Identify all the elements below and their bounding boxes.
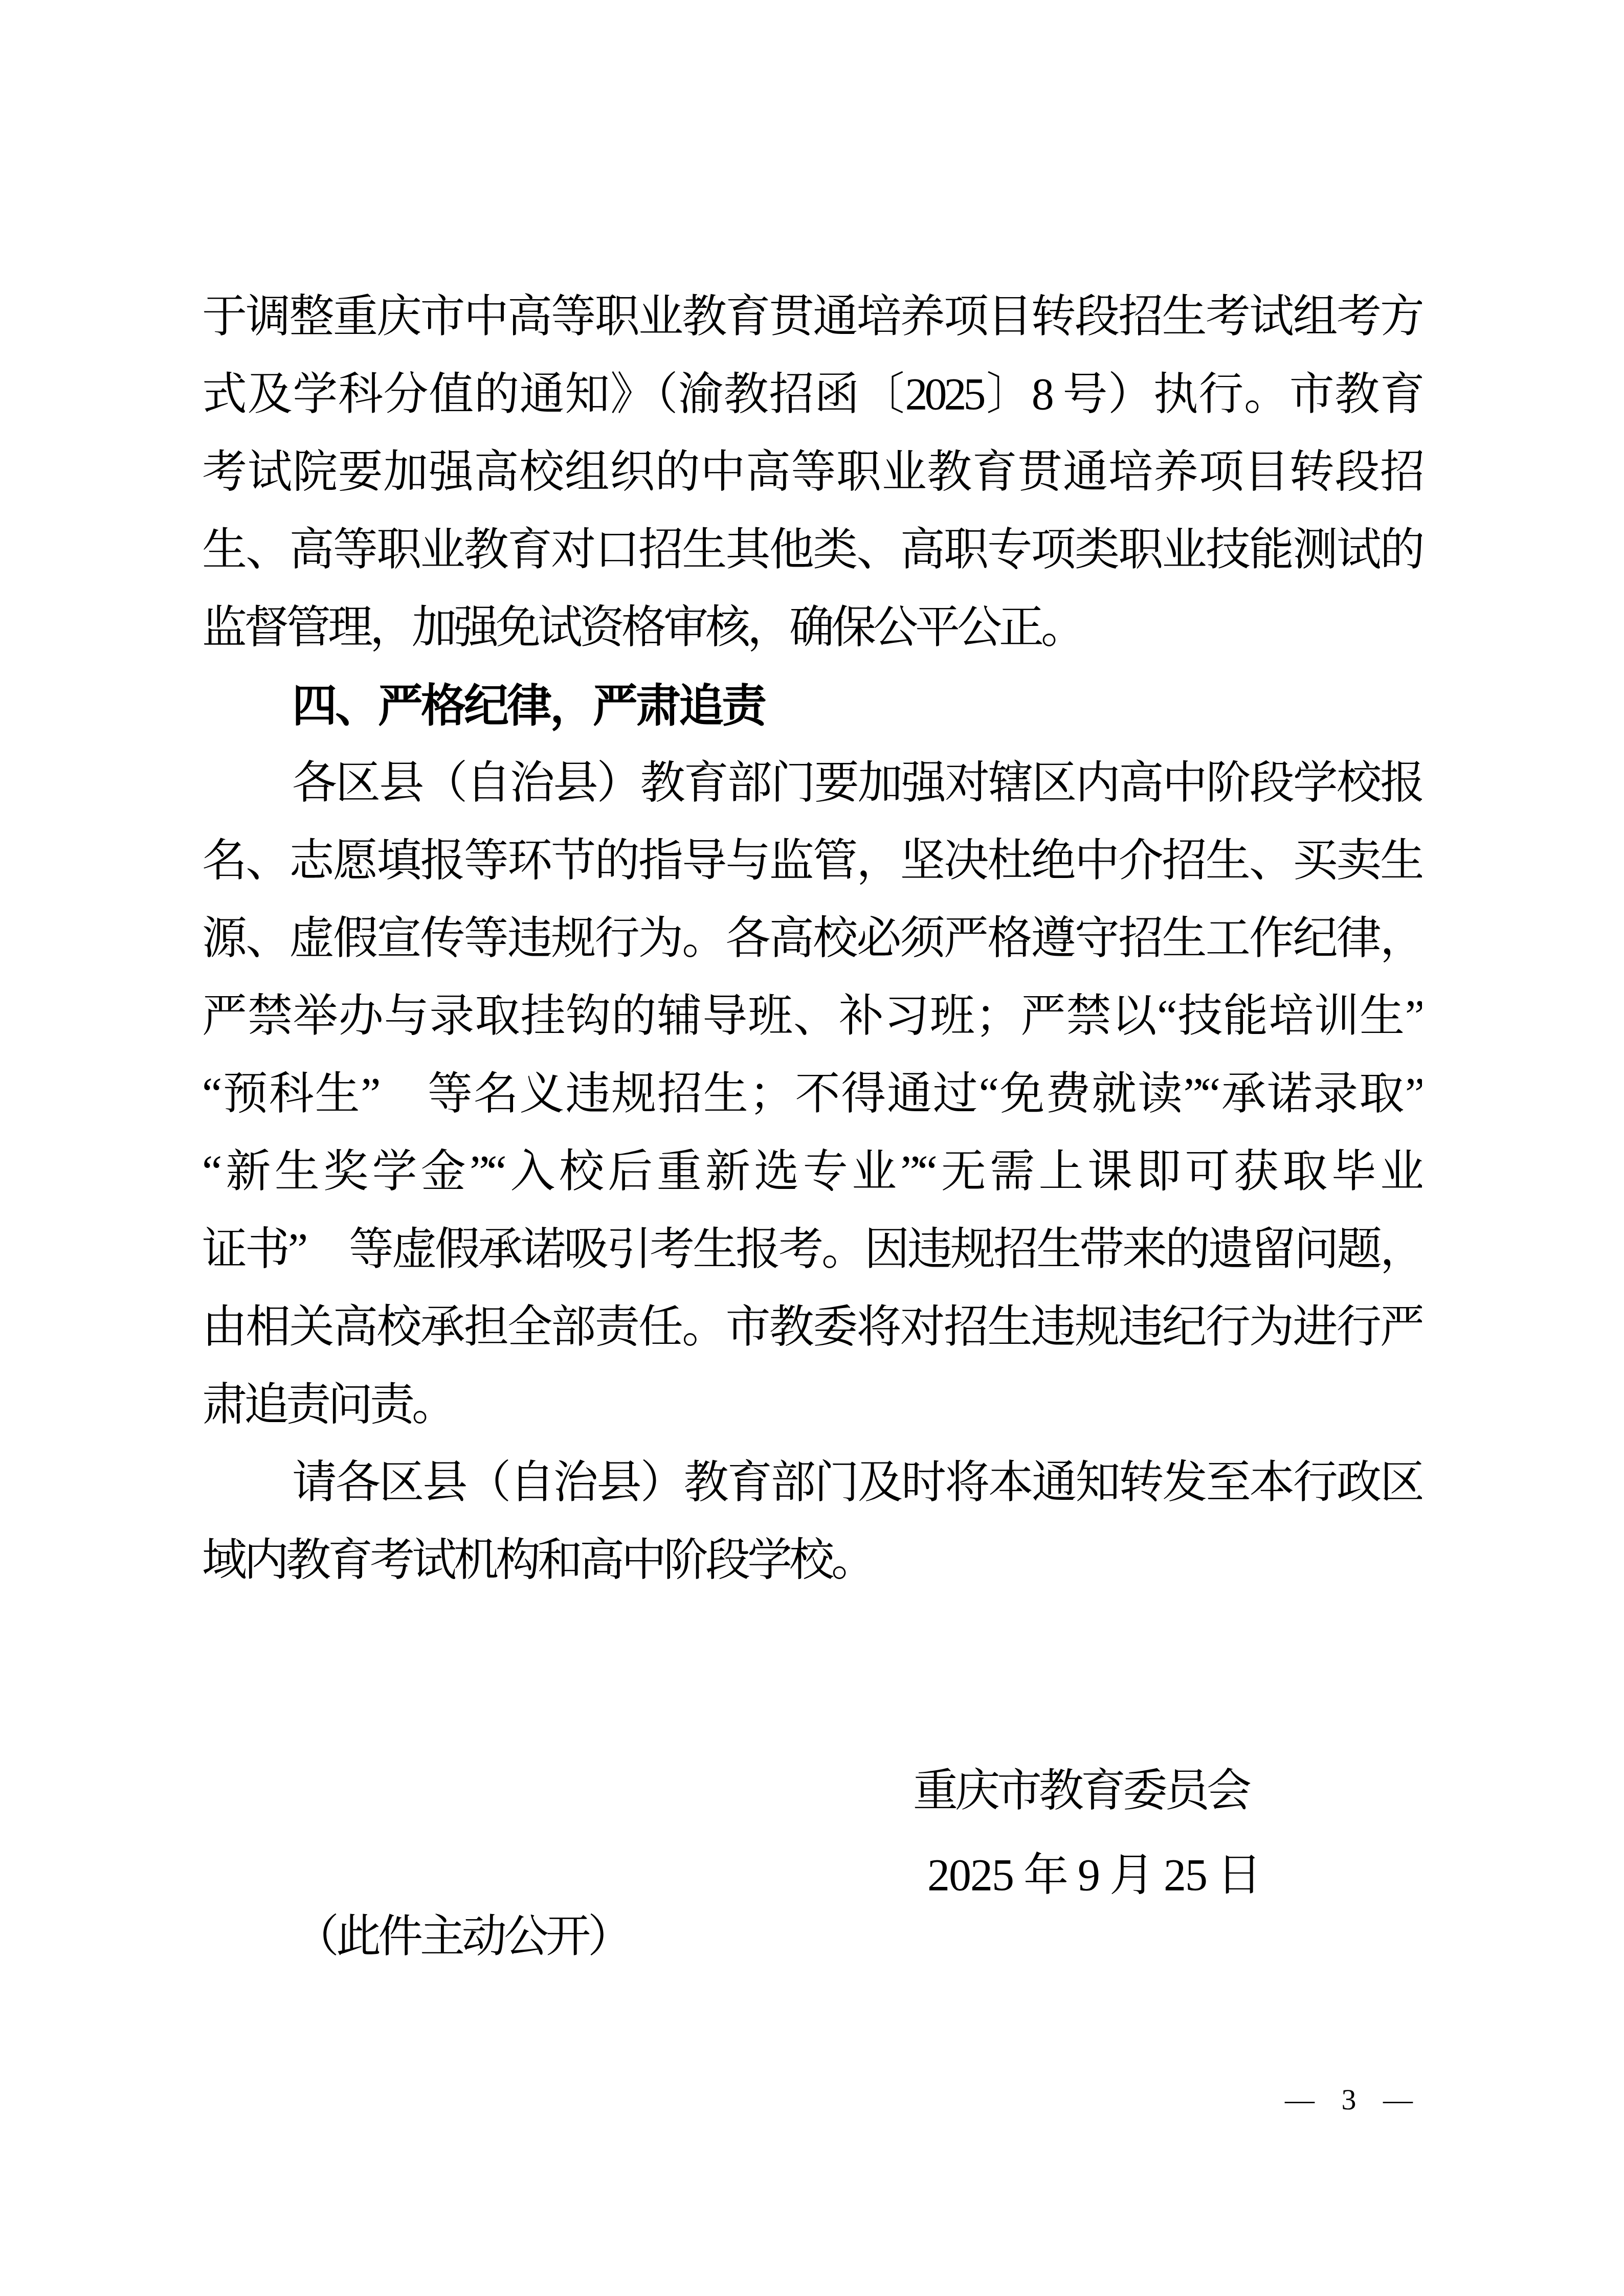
body-line: “新生奖学金”“入校后重新选专业”“无需上课即可获取毕业: [202, 1133, 1422, 1211]
body-line: 生、高等职业教育对口招生其他类、高职专项类职业技能测试的: [202, 511, 1422, 589]
body-line: 域内教育考试机构和高中阶段学校。: [202, 1522, 1422, 1600]
body-line: 式及学科分值的通知》（渝教招函〔2025〕8 号）执行。市教育: [202, 356, 1422, 434]
body-line: 肃追责问责。: [202, 1366, 1422, 1444]
body-line: 源、虚假宣传等违规行为。各高校必须严格遵守招生工作纪律，: [202, 900, 1422, 978]
body-line: 监督管理，加强免试资格审核，确保公平公正。: [202, 589, 1422, 667]
section-heading: 四、严格纪律，严肃追责: [202, 667, 1422, 745]
body-line: 各区县（自治县）教育部门要加强对辖区内高中阶段学校报: [202, 745, 1422, 822]
document-page: 于调整重庆市中高等职业教育贯通培养项目转段招生考试组考方 式及学科分值的通知》（…: [0, 0, 1624, 2296]
body-line: 于调整重庆市中高等职业教育贯通培养项目转段招生考试组考方: [202, 278, 1422, 356]
body-line: 严禁举办与录取挂钩的辅导班、补习班；严禁以“技能培训生”: [202, 978, 1422, 1055]
body-line: 请各区县（自治县）教育部门及时将本通知转发至本行政区: [202, 1444, 1422, 1522]
body-line: 名、志愿填报等环节的指导与监管，坚决杜绝中介招生、买卖生: [202, 822, 1422, 900]
body-line: 由相关高校承担全部责任。市教委将对招生违规违纪行为进行严: [202, 1289, 1422, 1366]
body-line: “预科生” 等名义违规招生；不得通过“免费就读”“承诺录取”: [202, 1055, 1422, 1133]
disclosure-note: （此件主动公开）: [294, 1898, 630, 1976]
issuer-signature: 重庆市教育委员会: [913, 1752, 1249, 1830]
body-line: 考试院要加强高校组织的中高等职业教育贯通培养项目转段招: [202, 434, 1422, 511]
body-text: 于调整重庆市中高等职业教育贯通培养项目转段招生考试组考方 式及学科分值的通知》（…: [202, 278, 1422, 1600]
page-number: — 3 —: [1285, 2079, 1418, 2120]
issue-date: 2025 年 9 月 25 日: [927, 1837, 1261, 1915]
body-line: 证书” 等虚假承诺吸引考生报考。因违规招生带来的遗留问题，: [202, 1211, 1422, 1289]
